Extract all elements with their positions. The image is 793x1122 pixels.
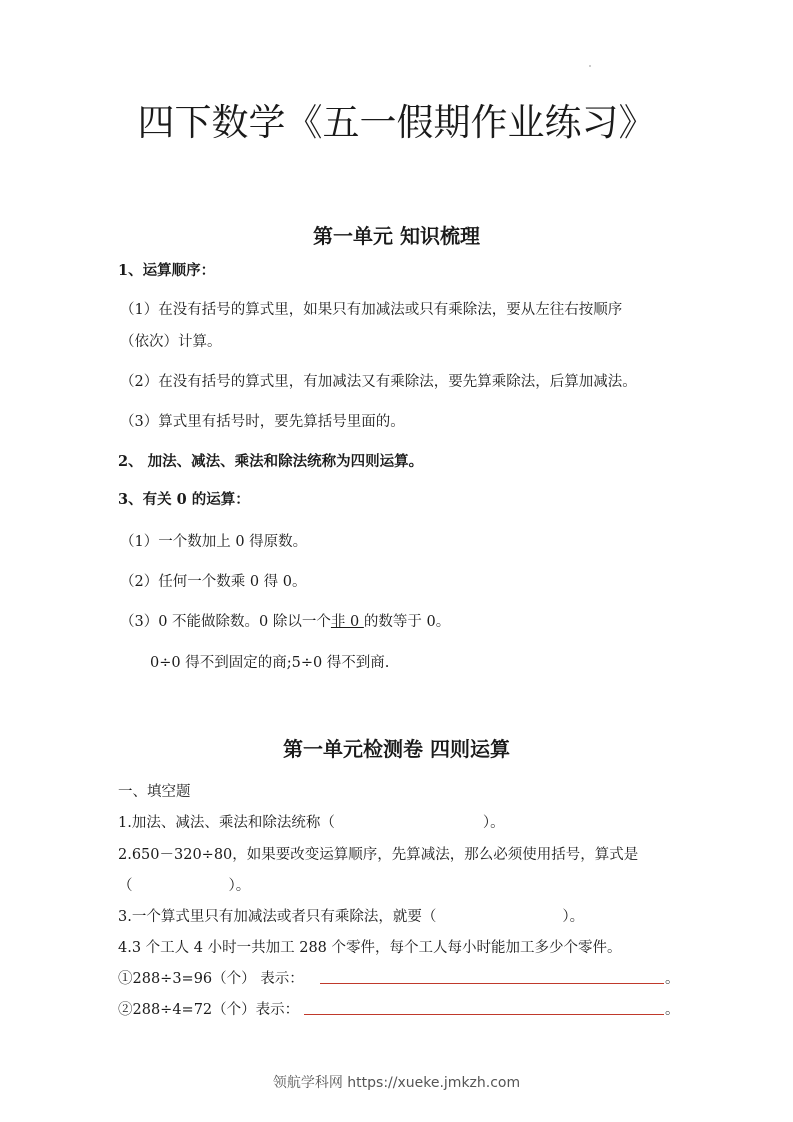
q3-close: ）。 — [562, 909, 584, 925]
question-4: 4.3 个工人 4 小时一共加工 288 个零件，每个工人每小时能加工多少个零件… — [118, 936, 622, 957]
q4-sub2-period: 。 — [665, 998, 680, 1019]
question-2-line1: 2.650－320÷80，如果要改变运算顺序，先算减法，那么必须使用括号，算式是 — [118, 843, 638, 864]
item3-heading: 3、有关 0 的运算： — [118, 488, 250, 509]
question-2-line2: （）。 — [118, 874, 250, 895]
item3-p3-before: （3）0 不能做除数。0 除以一个 — [120, 614, 331, 630]
section2-heading: 第一单元检测卷 四则运算 — [0, 733, 793, 762]
q1-text: 1.加法、减法、乘法和除法统称（ — [118, 815, 335, 831]
section1-heading: 第一单元 知识梳理 — [0, 220, 793, 249]
footer-watermark: 领航学科网 https://xueke.jmkzh.com — [0, 1072, 793, 1092]
item3-p2: （2）任何一个数乘 0 得 0。 — [120, 570, 307, 591]
item1-p1-line2: （依次）计算。 — [120, 330, 222, 351]
q4-sub1-answer-line[interactable] — [320, 983, 664, 984]
part-heading: 一、填空题 — [118, 780, 191, 801]
item3-p3-after: 的数等于 0。 — [364, 614, 450, 630]
q4-sub1-period: 。 — [665, 967, 680, 988]
q4-sub2: ②288÷4=72（个）表示： — [118, 998, 299, 1019]
item2: 2、 加法、减法、乘法和除法统称为四则运算。 — [118, 450, 423, 471]
document-title: 四下数学《五一假期作业练习》 — [0, 92, 793, 146]
item1-heading: 1、运算顺序： — [118, 259, 215, 280]
item3-note: 0÷0 得不到固定的商;5÷0 得不到商. — [150, 651, 389, 672]
scan-speck — [589, 65, 591, 67]
q4-sub1: ①288÷3=96（个） 表示： — [118, 967, 304, 988]
item3-p1: （1）一个数加上 0 得原数。 — [120, 530, 307, 551]
q2-close: ）。 — [229, 878, 251, 894]
item3-p3: （3）0 不能做除数。0 除以一个非 0 的数等于 0。 — [120, 610, 450, 631]
question-1: 1.加法、减法、乘法和除法统称（）。 — [118, 811, 505, 832]
item3-p3-underlined: 非 0 — [331, 614, 364, 630]
item1-p3: （3）算式里有括号时，要先算括号里面的。 — [120, 410, 405, 431]
item1-p2: （2）在没有括号的算式里，有加减法又有乘除法，要先算乘除法，后算加减法。 — [120, 370, 637, 391]
q3-text: 3.一个算式里只有加减法或者只有乘除法，就要（ — [118, 909, 436, 925]
q4-sub2-answer-line[interactable] — [304, 1014, 664, 1015]
question-3: 3.一个算式里只有加减法或者只有乘除法，就要（）。 — [118, 905, 584, 926]
q2-open: （ — [118, 878, 133, 894]
item1-p1-line1: （1）在没有括号的算式里，如果只有加减法或只有乘除法，要从左往右按顺序 — [120, 298, 622, 319]
q1-close: ）。 — [483, 815, 505, 831]
